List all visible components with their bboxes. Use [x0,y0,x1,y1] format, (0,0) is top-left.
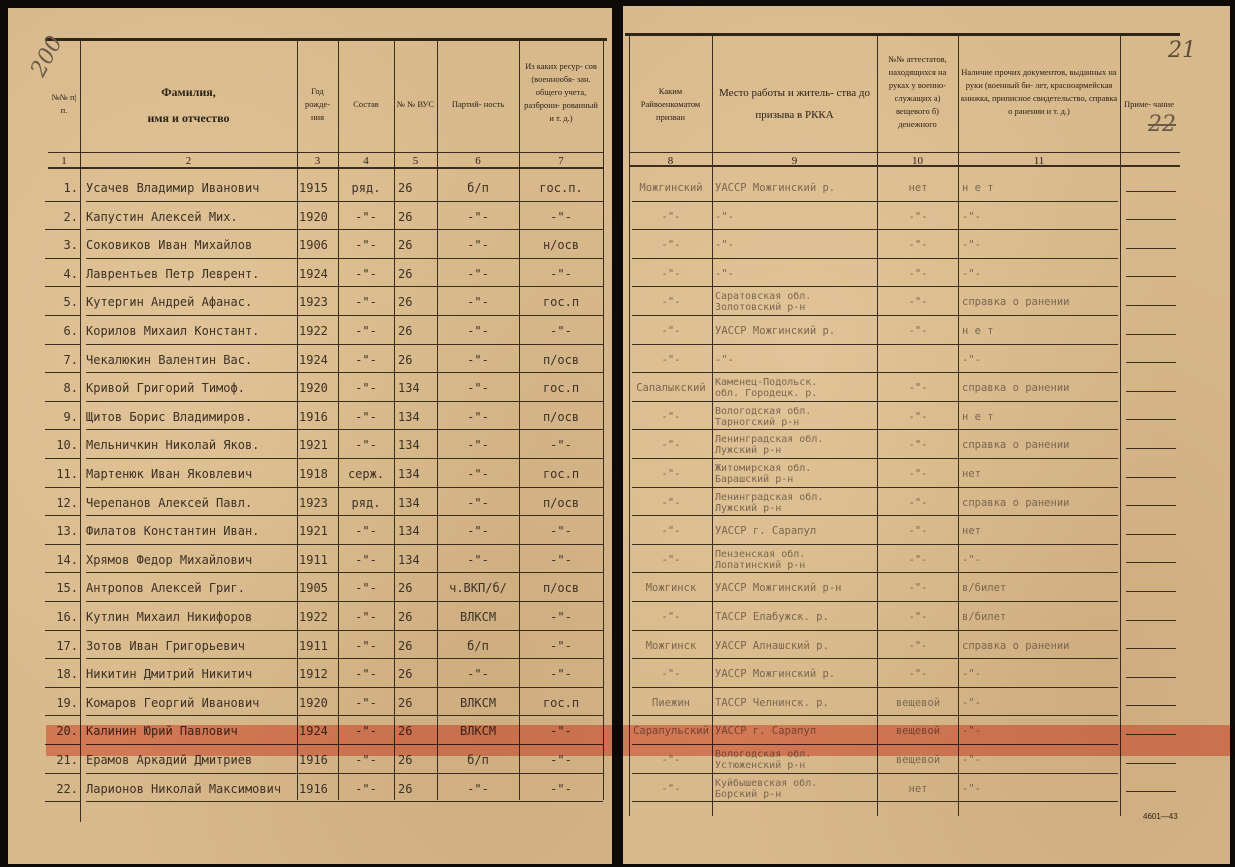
certificates: вещевой [879,746,957,774]
resource-category: п/осв [521,574,601,602]
documents: справка о ранении [962,288,1118,316]
documents: -"- [962,203,1118,231]
resource-category: п/осв [521,489,601,517]
documents: справка о ранении [962,632,1118,660]
documents: н е т [962,317,1118,345]
row-divider [45,401,80,402]
row-divider [632,801,1118,802]
residence: Пензенская обл.Лопатинский р-н [715,546,875,574]
birth-year: 1918 [299,460,337,488]
party-membership: -"- [439,460,517,488]
documents: -"- [962,546,1118,574]
certificates: -"- [879,660,957,688]
birth-year: 1924 [299,260,337,288]
vus-number: 26 [398,775,434,803]
rank: -"- [340,374,392,402]
residence-line: Саратовская обл. [715,291,875,302]
full-name: Филатов Константин Иван. [86,517,294,545]
draft-office: Можгинск [631,574,711,602]
row-divider [632,572,1118,573]
residence: УАССР Можгинский р. [715,317,875,345]
birth-year: 1921 [299,517,337,545]
header-sub-rule-left [48,152,603,153]
vus-number: 134 [398,546,434,574]
remark-line [1126,705,1176,706]
residence: Куйбышевская обл.Борский р-н [715,775,875,803]
resource-category: -"- [521,632,601,660]
resource-category: -"- [521,603,601,631]
header-c6: Партий- ность [439,52,517,156]
party-membership: -"- [439,660,517,688]
certificates: -"- [879,603,957,631]
documents: нет [962,460,1118,488]
row-divider [45,286,80,287]
party-membership: ч.ВКП/б/ [439,574,517,602]
row-divider [632,344,1118,345]
full-name: Мартенюк Иван Яковлевич [86,460,294,488]
residence: -"- [715,260,875,288]
handwritten-page-number-right: 21 [1168,38,1196,63]
certificates: вещевой [879,717,957,745]
header-bottom-rule-left [48,167,603,169]
party-membership: ВЛКСМ [439,717,517,745]
row-divider [632,601,1118,602]
party-membership: -"- [439,317,517,345]
resource-category: -"- [521,660,601,688]
row-divider [45,687,80,688]
row-divider [632,286,1118,287]
row-divider [86,372,603,373]
rank: -"- [340,775,392,803]
residence-line: Устюженский р-н [715,760,875,771]
row-number: 18. [48,660,78,688]
row-divider [86,344,603,345]
birth-year: 1916 [299,775,337,803]
column-number: 6 [437,155,519,167]
resource-category: гос.п [521,689,601,717]
rank: -"- [340,317,392,345]
top-rule-right [625,33,1180,36]
column-divider [712,36,713,816]
row-divider [632,544,1118,545]
vus-number: 26 [398,746,434,774]
documents: -"- [962,231,1118,259]
certificates: -"- [879,460,957,488]
vus-number: 26 [398,717,434,745]
certificates: -"- [879,517,957,545]
row-divider [632,458,1118,459]
remark-line [1126,648,1176,649]
residence: ТАССР Челнинск. р. [715,689,875,717]
row-divider [86,601,603,602]
birth-year: 1916 [299,403,337,431]
draft-office: -"- [631,460,711,488]
certificates: -"- [879,431,957,459]
column-number: 5 [394,155,437,167]
certificates: -"- [879,317,957,345]
row-divider [45,201,80,202]
resource-category: -"- [521,317,601,345]
party-membership: -"- [439,203,517,231]
birth-year: 1921 [299,431,337,459]
row-divider [86,315,603,316]
rank: -"- [340,746,392,774]
party-membership: -"- [439,346,517,374]
row-number: 11. [48,460,78,488]
documents: н е т [962,403,1118,431]
documents: -"- [962,689,1118,717]
party-membership: -"- [439,489,517,517]
row-divider [632,515,1118,516]
vus-number: 134 [398,517,434,545]
remark-line [1126,191,1176,192]
certificates: -"- [879,403,957,431]
row-divider [86,429,603,430]
resource-category: гос.п. [521,174,601,202]
certificates: -"- [879,203,957,231]
column-divider [958,36,959,816]
vus-number: 26 [398,574,434,602]
birth-year: 1924 [299,717,337,745]
row-divider [86,487,603,488]
row-divider [86,773,603,774]
full-name: Кутлин Михаил Никифоров [86,603,294,631]
documents: справка о ранении [962,374,1118,402]
row-divider [632,658,1118,659]
vus-number: 26 [398,288,434,316]
full-name: Никитин Дмитрий Никитич [86,660,294,688]
party-membership: -"- [439,260,517,288]
row-divider [45,372,80,373]
header-c7: Из каких ресур- сов (военнообя- зан. общ… [521,40,601,144]
documents: н е т [962,174,1118,202]
residence: Саратовская обл.Золотовский р-н [715,288,875,316]
row-number: 20. [48,717,78,745]
rank: -"- [340,546,392,574]
documents: -"- [962,717,1118,745]
row-divider [632,429,1118,430]
birth-year: 1923 [299,288,337,316]
row-divider [632,401,1118,402]
column-number: 1 [48,155,80,167]
resource-category: н/осв [521,231,601,259]
vus-number: 26 [398,260,434,288]
birth-year: 1911 [299,546,337,574]
remark-line [1126,591,1176,592]
column-divider [629,36,630,816]
certificates: нет [879,174,957,202]
row-divider [86,544,603,545]
rank: -"- [340,260,392,288]
row-divider [45,801,80,802]
resource-category: -"- [521,775,601,803]
remark-line [1126,391,1176,392]
residence: УАССР Можгинский р. [715,660,875,688]
birth-year: 1906 [299,231,337,259]
row-divider [86,658,603,659]
row-divider [45,773,80,774]
party-membership: -"- [439,288,517,316]
header-label: Фамилия, [161,79,216,105]
form-code: 4601—43 [1143,812,1178,821]
rank: -"- [340,603,392,631]
row-number: 5. [48,288,78,316]
remark-line [1126,505,1176,506]
birth-year: 1923 [299,489,337,517]
resource-category: -"- [521,260,601,288]
row-divider [45,344,80,345]
header-label: имя и отчество [147,105,229,131]
row-divider [632,258,1118,259]
rank: -"- [340,231,392,259]
certificates: -"- [879,489,957,517]
resource-category: гос.п [521,374,601,402]
vus-number: 134 [398,431,434,459]
full-name: Черепанов Алексей Павл. [86,489,294,517]
residence-line: обл. Городецк. р. [715,388,875,399]
column-divider [877,36,878,816]
residence: Вологодская обл.Тарногский р-н [715,403,875,431]
header-c10: №№ аттестатов, находящихся на руках у во… [879,40,956,144]
residence: УАССР Можгинский р. [715,174,875,202]
header-c12: Приме- чание [1122,52,1176,156]
row-number: 22. [48,775,78,803]
vus-number: 26 [398,603,434,631]
row-divider [45,458,80,459]
rank: -"- [340,517,392,545]
residence-line: Тарногский р-н [715,417,875,428]
vus-number: 26 [398,174,434,202]
column-divider [1120,36,1121,816]
birth-year: 1924 [299,346,337,374]
remark-line [1126,248,1176,249]
draft-office: -"- [631,403,711,431]
full-name: Корилов Михаил Констант. [86,317,294,345]
header-full-name: Фамилия,имя и отчество [80,60,297,150]
draft-office: -"- [631,660,711,688]
certificates: -"- [879,288,957,316]
row-number: 6. [48,317,78,345]
row-number: 14. [48,546,78,574]
row-divider [86,229,603,230]
remark-line [1126,734,1176,735]
row-number: 2. [48,203,78,231]
residence: -"- [715,231,875,259]
birth-year: 1916 [299,746,337,774]
row-number: 10. [48,431,78,459]
residence-line: Пензенская обл. [715,549,875,560]
row-divider [632,630,1118,631]
remark-line [1126,276,1176,277]
full-name: Усачев Владимир Иванович [86,174,294,202]
resource-category: -"- [521,431,601,459]
residence-line: Куйбышевская обл. [715,778,875,789]
resource-category: п/осв [521,346,601,374]
row-divider [45,715,80,716]
residence-line: Ленинградская обл. [715,492,875,503]
draft-office: Пиежин [631,689,711,717]
header-bottom-rule-right [629,165,1180,167]
row-number: 17. [48,632,78,660]
row-divider [86,630,603,631]
remark-line [1126,362,1176,363]
party-membership: б/п [439,632,517,660]
row-divider [86,744,603,745]
row-divider [632,773,1118,774]
row-number: 13. [48,517,78,545]
full-name: Лаврентьев Петр Леврент. [86,260,294,288]
row-divider [632,487,1118,488]
remark-line [1126,448,1176,449]
draft-office: -"- [631,489,711,517]
party-membership: -"- [439,431,517,459]
full-name: Мельничкин Николай Яков. [86,431,294,459]
documents: -"- [962,775,1118,803]
draft-office: -"- [631,288,711,316]
row-number: 4. [48,260,78,288]
row-number: 16. [48,603,78,631]
documents: -"- [962,746,1118,774]
birth-year: 1920 [299,374,337,402]
birth-year: 1912 [299,660,337,688]
certificates: -"- [879,260,957,288]
birth-year: 1915 [299,174,337,202]
certificates: -"- [879,231,957,259]
remark-line [1126,677,1176,678]
header-c8: Каким Райвоенкоматом призван [631,52,710,156]
residence: Ленинградская обл.Лужский р-н [715,489,875,517]
draft-office: -"- [631,431,711,459]
party-membership: -"- [439,231,517,259]
residence: УАССР г. Сарапул [715,717,875,745]
row-number: 3. [48,231,78,259]
draft-office: -"- [631,231,711,259]
row-number: 19. [48,689,78,717]
residence-line: Каменец-Подольск. [715,377,875,388]
full-name: Ерамов Аркадий Дмитриев [86,746,294,774]
row-divider [86,515,603,516]
row-divider [632,201,1118,202]
resource-category: -"- [521,517,601,545]
handwritten-struck-number: 22 [1148,112,1176,137]
certificates: вещевой [879,689,957,717]
rank: -"- [340,717,392,745]
row-number: 15. [48,574,78,602]
rank: -"- [340,346,392,374]
rank: ряд. [340,174,392,202]
certificates: -"- [879,574,957,602]
row-divider [86,687,603,688]
residence-line: Вологодская обл. [715,406,875,417]
vus-number: 134 [398,374,434,402]
row-divider [45,258,80,259]
row-divider [45,744,80,745]
documents: -"- [962,260,1118,288]
draft-office: -"- [631,603,711,631]
header-c9: Место работы и житель- ства до призыва в… [714,52,875,156]
column-number: 7 [519,155,603,167]
row-divider [45,572,80,573]
remark-line [1126,534,1176,535]
certificates: -"- [879,374,957,402]
row-divider [632,715,1118,716]
party-membership: -"- [439,775,517,803]
residence: УАССР Можгинский р-н [715,574,875,602]
row-divider [86,258,603,259]
draft-office: -"- [631,775,711,803]
draft-office: -"- [631,260,711,288]
residence: Каменец-Подольск.обл. Городецк. р. [715,374,875,402]
party-membership: -"- [439,517,517,545]
vus-number: 26 [398,660,434,688]
full-name: Калинин Юрий Павлович [86,717,294,745]
draft-office: -"- [631,517,711,545]
remark-line [1126,791,1176,792]
remark-line [1126,219,1176,220]
remark-line [1126,305,1176,306]
birth-year: 1905 [299,574,337,602]
row-divider [45,429,80,430]
row-divider [632,372,1118,373]
row-divider [632,229,1118,230]
rank: ряд. [340,489,392,517]
remark-line [1126,477,1176,478]
draft-office: -"- [631,317,711,345]
row-divider [632,744,1118,745]
resource-category: -"- [521,203,601,231]
residence: -"- [715,346,875,374]
full-name: Хрямов Федор Михайлович [86,546,294,574]
full-name: Кривой Григорий Тимоф. [86,374,294,402]
birth-year: 1920 [299,203,337,231]
row-number: 12. [48,489,78,517]
residence: Вологодская обл.Устюженский р-н [715,746,875,774]
documents: справка о ранении [962,489,1118,517]
row-divider [86,801,603,802]
row-divider [86,458,603,459]
rank: -"- [340,288,392,316]
documents: справка о ранении [962,431,1118,459]
full-name: Ларионов Николай Максимович [86,775,294,803]
vus-number: 26 [398,231,434,259]
draft-office: -"- [631,546,711,574]
party-membership: ВЛКСМ [439,689,517,717]
column-number: 3 [297,155,338,167]
vus-number: 26 [398,689,434,717]
draft-office: Можгинск [631,632,711,660]
vus-number: 26 [398,632,434,660]
header-sub-rule-right [629,152,1180,153]
party-membership: -"- [439,374,517,402]
residence: Житомирская обл.Барашский р-н [715,460,875,488]
residence-line: Ленинградская обл. [715,434,875,445]
full-name: Кутергин Андрей Афанас. [86,288,294,316]
rank: -"- [340,431,392,459]
remark-line [1126,620,1176,621]
rank: -"- [340,632,392,660]
documents: нет [962,517,1118,545]
documents: в/билет [962,603,1118,631]
header-c11: Наличие прочих документов, выданных на р… [960,40,1118,144]
full-name: Соковиков Иван Михайлов [86,231,294,259]
vus-number: 134 [398,403,434,431]
residence-line: Барашский р-н [715,474,875,485]
vus-number: 26 [398,317,434,345]
residence-line: Лужский р-н [715,445,875,456]
party-membership: ВЛКСМ [439,603,517,631]
column-number: 2 [80,155,297,167]
full-name: Комаров Георгий Иванович [86,689,294,717]
